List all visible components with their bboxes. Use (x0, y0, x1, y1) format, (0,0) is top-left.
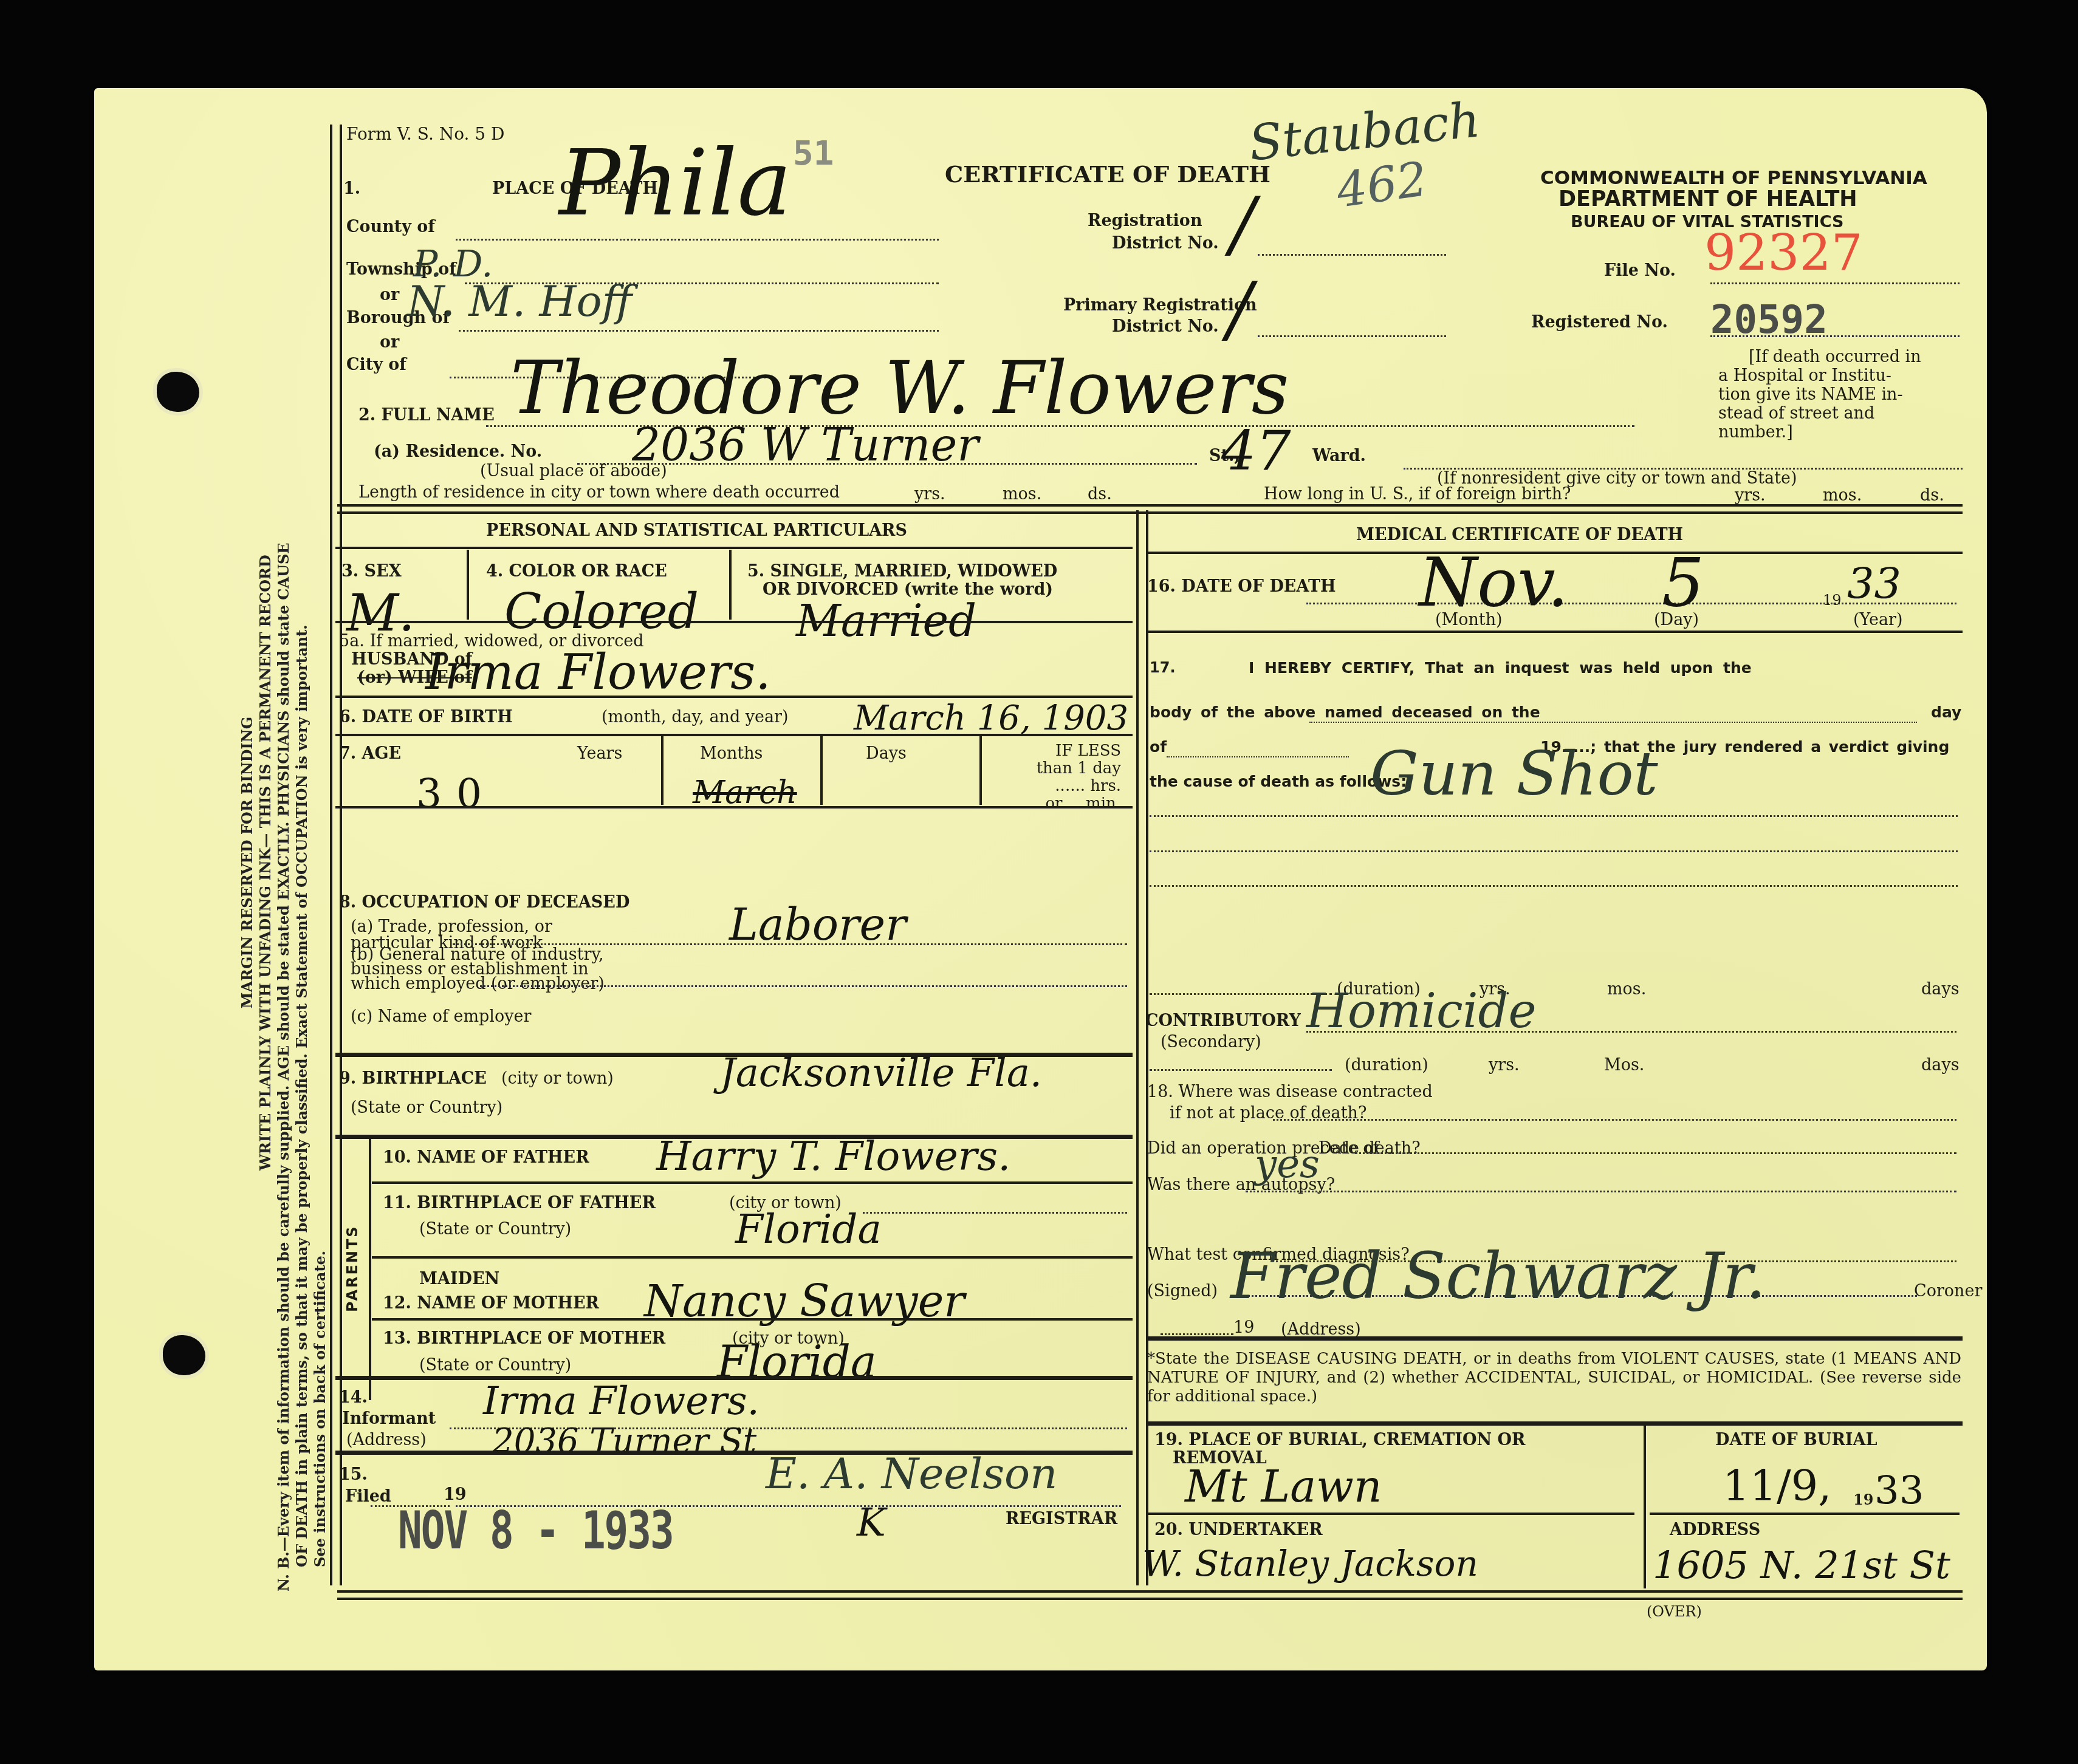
coroner-label: Coroner (1914, 1282, 1982, 1301)
registered-no-value[interactable]: 20592 (1710, 298, 1828, 343)
filed-date-stamp: NOV 8 - 1933 (398, 1500, 673, 1561)
mos-2: Mos. (1604, 1056, 1644, 1075)
certify-text-3a: of (1150, 738, 1167, 756)
bottom-rule (337, 1590, 1963, 1600)
cause-line-2 (1150, 850, 1958, 852)
secondary-label: (Secondary) (1161, 1033, 1261, 1051)
yrs-label-2: yrs. (1735, 486, 1766, 505)
less-than-day-line: IF LESS (1000, 742, 1121, 760)
rule (1650, 1513, 1960, 1515)
ward-number-value[interactable]: 47 (1221, 419, 1291, 483)
borough-value[interactable]: N. M. Hoff (407, 276, 632, 326)
reg-district-label-1: Registration (1088, 211, 1202, 230)
file-no-value[interactable]: 92327 (1704, 225, 1863, 282)
inquest-day-line (1309, 722, 1917, 723)
mother-bp-hint-2: (State or Country) (419, 1356, 571, 1375)
rule (335, 696, 1133, 698)
informant-number: 14. (339, 1388, 368, 1407)
burial-date-value[interactable]: 11/9, (1723, 1461, 1831, 1511)
mother-bp-label: 13. BIRTHPLACE OF MOTHER (383, 1329, 665, 1348)
hospital-note-line: a Hospital or Institu- (1718, 366, 1921, 385)
occupation-label: 8. OCCUPATION OF DECEASED (339, 893, 629, 912)
age-years-label: Years (577, 744, 622, 763)
certify-text-1: I HEREBY CERTIFY, That an inquest was he… (1249, 659, 1752, 677)
hospital-note: [If death occurred in a Hospital or Inst… (1718, 347, 1921, 442)
hospital-note-line: stead of street and (1718, 404, 1921, 423)
duration-2: (duration) (1345, 1056, 1428, 1075)
burial-date-label: DATE OF BURIAL (1715, 1431, 1877, 1449)
dod-19: 19 (1823, 592, 1842, 609)
parents-divider (369, 1139, 371, 1400)
burial-divider (1644, 1424, 1646, 1588)
hospital-note-line: [If death occurred in (1718, 347, 1921, 366)
registrar-initial: K (857, 1500, 886, 1545)
registered-no-label: Registered No. (1531, 313, 1668, 332)
contributory-value[interactable]: Homicide (1306, 984, 1537, 1039)
borough-line (459, 330, 939, 332)
or-1: or (380, 285, 399, 304)
cause-of-death-value[interactable]: Gun Shot (1370, 738, 1658, 809)
margin-line-3: N. B.—Every item of information should b… (275, 134, 293, 1591)
rule (372, 1181, 1133, 1184)
dod-year[interactable]: 33 (1847, 559, 1901, 609)
birthplace-value[interactable]: Jacksonville Fla. (720, 1051, 1042, 1096)
length-of-residence-label: Length of residence in city or town wher… (358, 483, 840, 502)
county-label: County of (346, 217, 435, 236)
issuer-line-2: DEPARTMENT OF HEALTH (1558, 187, 1857, 211)
form-number: Form V. S. No. 5 D (346, 125, 505, 144)
autopsy-value[interactable]: yes (1255, 1142, 1320, 1187)
race-label: 4. COLOR OR RACE (486, 562, 667, 581)
residence-label: (a) Residence. No. (374, 442, 542, 461)
dod-month[interactable]: Nov. (1419, 544, 1569, 621)
duration-line-2 (1150, 1069, 1332, 1071)
rule (335, 806, 1133, 808)
hospital-note-line: number.] (1718, 423, 1921, 442)
cause-line-1 (1150, 815, 1958, 817)
mos-label-2: mos. (1823, 486, 1862, 505)
spouse-value[interactable]: Irma Flowers. (425, 644, 771, 700)
occ-b-line (480, 985, 1127, 987)
rule (1148, 1336, 1963, 1341)
dod-day[interactable]: 5 (1662, 544, 1704, 621)
occ-a-line: (a) Trade, profession, or (351, 918, 552, 935)
rule (1148, 1513, 1634, 1515)
rule (335, 621, 1133, 623)
burial-place-value[interactable]: Mt Lawn (1185, 1461, 1382, 1512)
burial-date-19: 19 (1853, 1491, 1873, 1508)
informant-label: Informant (342, 1409, 436, 1428)
yrs-label: yrs. (914, 485, 945, 504)
footnote: *State the DISEASE CAUSING DEATH, or in … (1147, 1350, 1961, 1406)
burial-place-label-1: 19. PLACE OF BURIAL, CREMATION OR (1154, 1431, 1525, 1449)
city-label: City of (346, 355, 406, 374)
ward-label: Ward. (1312, 446, 1366, 465)
occ-c-label: (c) Name of employer (351, 1007, 531, 1026)
sig-date-line (1161, 1333, 1233, 1335)
age-years-value[interactable]: 30 (416, 770, 496, 817)
hospital-note-line: tion give its NAME in- (1718, 385, 1921, 404)
county-value[interactable]: Phila (559, 131, 792, 236)
year-caption: (Year) (1853, 610, 1903, 629)
punch-hole-bottom (163, 1335, 205, 1375)
birthplace-hint-2: (State or Country) (351, 1098, 502, 1117)
operation-date-value-line (1355, 1152, 1956, 1154)
reg-district-value[interactable]: / (1230, 182, 1255, 267)
form-left-border (330, 125, 342, 1585)
days-1: days (1921, 980, 1960, 999)
mother-maiden-label: MAIDEN (419, 1270, 499, 1288)
certify-number: 17. (1150, 659, 1176, 676)
autopsy-line (1246, 1191, 1956, 1192)
age-days-label: Days (866, 744, 907, 763)
marital-label-1: 5. SINGLE, MARRIED, WIDOWED (747, 562, 1057, 581)
days-2: days (1921, 1056, 1960, 1075)
certify-text-2a: body of the above named deceased on the (1150, 703, 1540, 721)
cause-line-3 (1150, 885, 1958, 887)
inquest-month-line (1167, 756, 1349, 757)
margin-line-1: MARGIN RESERVED FOR BINDING (238, 134, 256, 1591)
less-than-day-line: than 1 day (1000, 760, 1121, 778)
primary-reg-value[interactable]: / (1227, 267, 1252, 352)
primary-reg-label-2: District No. (1112, 317, 1219, 336)
burial-date-year[interactable]: 33 (1874, 1469, 1924, 1514)
divider (661, 735, 664, 805)
q18-label-1: 18. Where was disease contracted (1147, 1082, 1433, 1101)
place-of-death-number: 1. (343, 179, 360, 198)
mos-label: mos. (1003, 485, 1041, 504)
foreign-birth-label: How long in U. S., if of foreign birth? (1264, 485, 1571, 504)
informant-address-label: (Address) (346, 1431, 427, 1449)
full-name-value[interactable]: Theodore W. Flowers (510, 346, 1289, 431)
signed-label: (Signed) (1147, 1282, 1218, 1301)
registrar-signature: E. A. Neelson (766, 1449, 1057, 1499)
divider (467, 550, 469, 620)
undertaker-value[interactable]: W. Stanley Jackson (1142, 1543, 1478, 1584)
or-2: or (380, 333, 399, 352)
rule (335, 547, 1133, 549)
birthplace-hint-1: (city or town) (501, 1069, 614, 1088)
age-label: 7. AGE (339, 744, 401, 763)
sig-19: 19 (1233, 1318, 1254, 1337)
county-line (456, 239, 939, 241)
issuer-line-1: COMMONWEALTH OF PENNSYLVANIA (1540, 167, 1927, 189)
rule (335, 734, 1133, 736)
yrs-2: yrs. (1489, 1056, 1520, 1075)
dob-value[interactable]: March 16, 1903 (854, 699, 1128, 738)
father-bp-label: 11. BIRTHPLACE OF FATHER (383, 1194, 656, 1212)
full-name-label: 2. FULL NAME (358, 406, 495, 425)
divider (979, 735, 982, 805)
dob-hint: (month, day, and year) (602, 708, 789, 726)
father-label: 10. NAME OF FATHER (383, 1148, 589, 1167)
file-no-line (1710, 282, 1960, 284)
occ-a-value[interactable]: Laborer (729, 899, 907, 950)
occ-b-line: which employed (or employer) (351, 977, 605, 991)
father-bp-line (863, 1212, 1127, 1214)
certify-text-2b: day (1931, 703, 1961, 721)
mos-1: mos. (1607, 980, 1646, 999)
birthplace-label: 9. BIRTHPLACE (339, 1069, 487, 1088)
mother-label: 12. NAME OF MOTHER (383, 1294, 599, 1313)
rule (1148, 1421, 1963, 1426)
file-no-label: File No. (1604, 261, 1676, 280)
less-than-day: IF LESS than 1 day ...... hrs. or.....mi… (1000, 742, 1121, 813)
margin-line-5: See instructions on back of certificate. (311, 134, 329, 1591)
margin-instructions: MARGIN RESERVED FOR BINDING WRITE PLAINL… (238, 134, 329, 1591)
registrar-label: REGISTRAR (1006, 1509, 1117, 1528)
reg-district-line (1258, 254, 1446, 256)
month-caption: (Month) (1435, 610, 1503, 629)
reg-district-label-2: District No. (1112, 234, 1219, 253)
informant-address-value[interactable]: 2036 Turner St (492, 1421, 756, 1461)
age-months-value[interactable]: March (693, 774, 797, 811)
father-bp-value[interactable]: Florida (735, 1206, 882, 1253)
abode-note: (Usual place of abode) (480, 462, 667, 480)
filed-number: 15. (339, 1465, 368, 1484)
rule (372, 1318, 1133, 1321)
margin-line-4: OF DEATH in plain terms, so that it may … (293, 134, 311, 1591)
undertaker-label: 20. UNDERTAKER (1154, 1520, 1323, 1539)
day-caption: (Day) (1654, 610, 1699, 629)
contributory-label: CONTRIBUTORY (1145, 1011, 1301, 1030)
dob-label: 6. DATE OF BIRTH (339, 708, 513, 726)
age-months-label: Months (700, 744, 763, 763)
divider (729, 550, 732, 620)
parents-side-label: PARENTS (344, 1225, 361, 1312)
primary-reg-line (1258, 335, 1446, 337)
coroner-signature: Fred Schwarz Jr. (1230, 1239, 1766, 1313)
operation-date-label: Date of (1318, 1139, 1379, 1158)
sex-label: 3. SEX (341, 562, 402, 581)
punch-hole-top (157, 372, 199, 412)
over-label: (OVER) (1647, 1604, 1702, 1621)
ds-label-2: ds. (1920, 486, 1944, 505)
ds-label: ds. (1088, 485, 1112, 504)
rule (1148, 631, 1963, 633)
informant-value[interactable]: Irma Flowers. (483, 1379, 760, 1424)
rule (372, 1256, 1133, 1259)
personal-heading: PERSONAL AND STATISTICAL PARTICULARS (486, 521, 907, 540)
less-than-day-line: or.....min. (1000, 795, 1121, 813)
certify-text-4: the cause of death as follows: (1150, 773, 1407, 790)
filed-label: Filed (345, 1487, 391, 1506)
dod-label: 16. DATE OF DEATH (1147, 577, 1336, 596)
less-than-day-line: ...... hrs. (1000, 778, 1121, 795)
undertaker-address-value[interactable]: 1605 N. 21st St (1653, 1543, 1950, 1587)
father-value[interactable]: Harry T. Flowers. (656, 1133, 1010, 1180)
margin-line-2: WRITE PLAINLY WITH UNFADING INK— THIS IS… (256, 134, 275, 1591)
top-section-rule (337, 504, 1963, 514)
divider (820, 735, 823, 805)
undertaker-address-label: ADDRESS (1670, 1520, 1760, 1539)
residence-value[interactable]: 2036 W Turner (632, 419, 979, 471)
father-bp-hint-2: (State or Country) (419, 1220, 571, 1239)
certificate-title: CERTIFICATE OF DEATH (945, 161, 1270, 188)
stamp-51: 51 (793, 134, 834, 173)
duration-line-1 (1150, 993, 1332, 995)
q18-line (1273, 1119, 1956, 1121)
medical-heading: MEDICAL CERTIFICATE OF DEATH (1356, 525, 1683, 544)
column-divider (1136, 510, 1148, 1585)
